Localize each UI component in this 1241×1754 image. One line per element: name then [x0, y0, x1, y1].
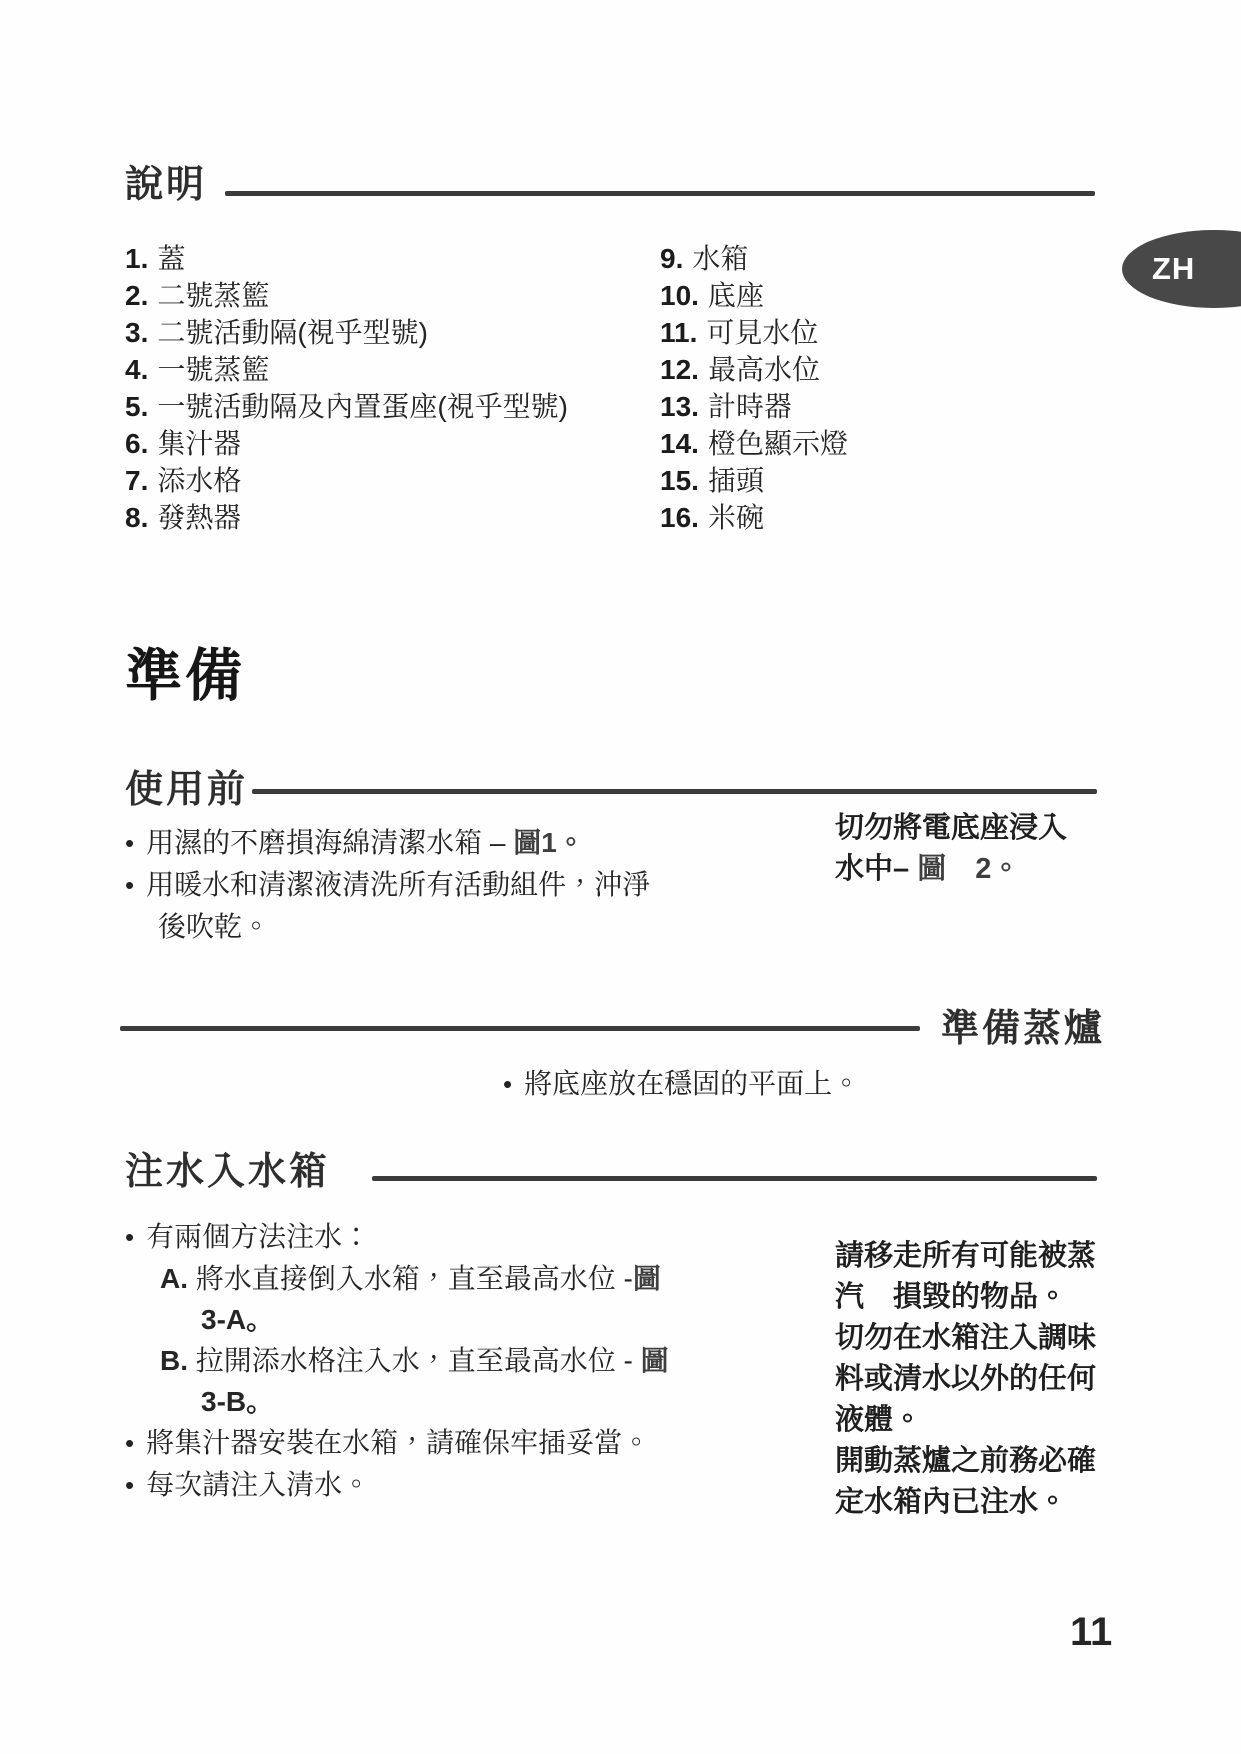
part-item: 2.二號蒸籃 [125, 277, 568, 314]
part-item: 1.蓋 [125, 240, 568, 277]
warning-steam-damage: 請移走所有可能被蒸 汽 損毀的物品。 切勿在水箱注入調味 料或清水以外的任何 液… [835, 1236, 1096, 1523]
part-item: 7.添水格 [125, 462, 568, 499]
bullet-fresh-water: 每次請注入清水。 [125, 1464, 669, 1506]
warning-base-immersion: 切勿將電底座浸入 水中– 圖 2。 [835, 808, 1067, 890]
description-section-title: 說明 [125, 153, 207, 208]
bullet-wash-parts-cont: 後吹乾。 [125, 906, 650, 947]
parts-list-right: 9.水箱 10.底座 11.可見水位 12.最高水位 13.計時器 14.橙色顯… [660, 240, 848, 536]
prepare-steamer-bullet: 將底座放在穩固的平面上。 [503, 1063, 860, 1105]
part-item: 15.插頭 [660, 462, 848, 499]
fill-tank-rule [372, 1176, 1097, 1181]
language-badge: ZH [1122, 230, 1241, 308]
part-item: 8.發熱器 [125, 499, 568, 536]
before-use-rule [252, 789, 1097, 794]
prepare-steamer-title: 準備蒸爐 [941, 997, 1105, 1052]
before-use-bullets: 用濕的不磨損海綿清潔水箱 – 圖1。 用暖水和清潔液清洗所有活動組件，沖淨 後吹… [125, 822, 650, 947]
figure-ref-2: 圖 2。 [917, 853, 1020, 885]
part-item: 13.計時器 [660, 388, 848, 425]
figure-ref-3b: 圖 [641, 1345, 669, 1376]
part-item: 11.可見水位 [660, 314, 848, 351]
part-item: 6.集汁器 [125, 425, 568, 462]
part-item: 14.橙色顯示燈 [660, 425, 848, 462]
method-b-figure: 3-B。 [125, 1381, 669, 1422]
figure-ref-3a: 圖 [633, 1263, 661, 1294]
fill-tank-title: 注水入水箱 [125, 1140, 330, 1195]
part-item: 10.底座 [660, 277, 848, 314]
parts-list-left: 1.蓋 2.二號蒸籃 3.二號活動隔(視乎型號) 4.一號蒸籃 5.一號活動隔及… [125, 240, 568, 536]
part-item: 4.一號蒸籃 [125, 351, 568, 388]
bullet-two-methods: 有兩個方法注水： [125, 1216, 669, 1258]
bullet-wash-parts: 用暖水和清潔液清洗所有活動組件，沖淨 [125, 864, 650, 906]
part-item: 12.最高水位 [660, 351, 848, 388]
method-a-figure: 3-A。 [125, 1299, 669, 1340]
before-use-title: 使用前 [125, 758, 248, 813]
bullet-install-juice-collector: 將集汁器安裝在水箱，請確保牢插妥當。 [125, 1422, 669, 1464]
language-badge-label: ZH [1152, 251, 1195, 287]
description-header-rule [225, 191, 1095, 196]
prepare-steamer-rule [120, 1026, 920, 1031]
part-item: 16.米碗 [660, 499, 848, 536]
method-b-line: B. 拉開添水格注入水，直至最高水位 - 圖 [125, 1340, 669, 1381]
part-item: 3.二號活動隔(視乎型號) [125, 314, 568, 351]
page-number: 11 [1070, 1610, 1112, 1655]
fill-tank-bullets: 有兩個方法注水： A. 將水直接倒入水箱，直至最高水位 -圖 3-A。 B. 拉… [125, 1216, 669, 1506]
bullet-clean-tank: 用濕的不磨損海綿清潔水箱 – 圖1。 [125, 822, 650, 864]
part-item: 9.水箱 [660, 240, 848, 277]
method-a-line: A. 將水直接倒入水箱，直至最高水位 -圖 [125, 1258, 669, 1299]
manual-page: 說明 1.蓋 2.二號蒸籃 3.二號活動隔(視乎型號) 4.一號蒸籃 5.一號活… [0, 0, 1241, 1754]
preparation-title: 準備 [125, 630, 245, 712]
part-item: 5.一號活動隔及內置蛋座(視乎型號) [125, 388, 568, 425]
figure-ref-1: 圖1。 [513, 827, 585, 858]
